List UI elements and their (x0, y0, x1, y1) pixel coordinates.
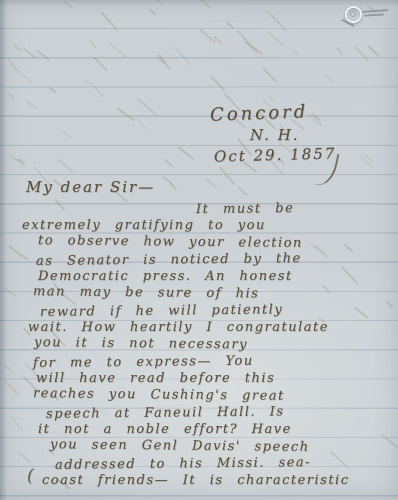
body-line: coast friends— It is characteristic (42, 473, 398, 490)
salutation: My dear Sir— (26, 178, 155, 196)
heading-state: N. H. (250, 126, 300, 144)
embossed-seal-icon (345, 6, 362, 23)
margin-pen-mark: ( (27, 466, 34, 486)
body-line: for me to express— You (33, 352, 398, 373)
heading-date: Oct 29. 1857 (214, 144, 337, 165)
letter-page: Concord N. H. Oct 29. 1857 My dear Sir— … (0, 0, 398, 500)
body-line: wait. How heartily I congratulate (28, 320, 398, 337)
heading-place: Concord (210, 101, 309, 125)
body-line: extremely gratifying to you (22, 218, 398, 235)
body-line: will have read before this (36, 371, 398, 388)
body-line: speech at Faneuil Hall. Is (46, 403, 398, 424)
body-line: Democratic press. An honest (38, 269, 398, 286)
letter-body: It must be extremely gratifying to you t… (0, 201, 398, 490)
body-line: it not a noble effort? Have (38, 422, 398, 439)
body-line: addressed to his Missi. sea- (55, 454, 398, 475)
body-line: as Senator is noticed by the (36, 250, 398, 271)
body-line: It must be (196, 200, 398, 219)
body-line: reward if he will patiently (40, 301, 398, 322)
